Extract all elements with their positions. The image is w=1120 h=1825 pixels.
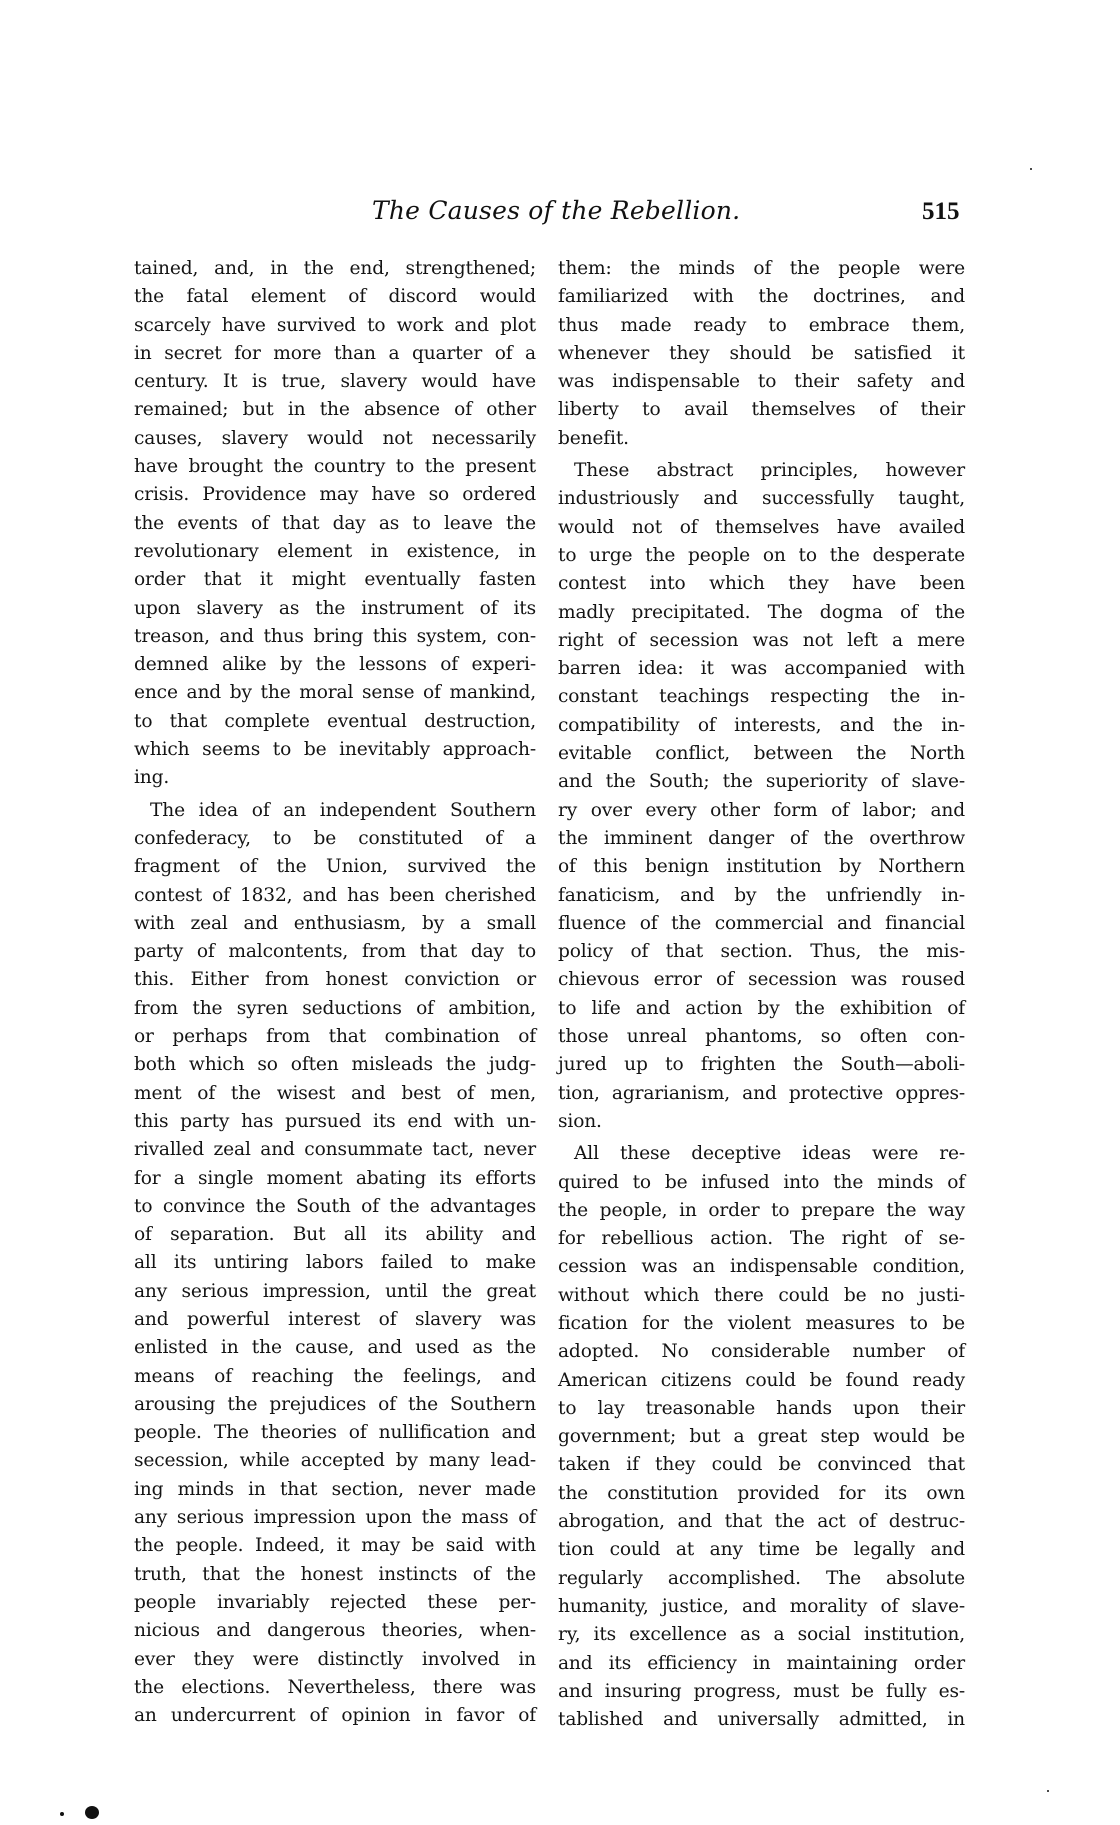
text-line: them: the minds of the people were — [558, 255, 965, 283]
text-line: those unreal phantoms, so often con- — [558, 1023, 965, 1051]
text-line: tion, agrarianism, and protective oppres… — [558, 1080, 965, 1108]
text-line: madly precipitated. The dogma of the — [558, 599, 965, 627]
text-line: thus made ready to embrace them, — [558, 312, 965, 340]
text-line: and insuring progress, must be fully es- — [558, 1678, 965, 1706]
text-line: nicious and dangerous theories, when- — [134, 1617, 536, 1645]
text-line: regularly accomplished. The absolute — [558, 1565, 965, 1593]
text-line: sion. — [558, 1108, 965, 1136]
text-line: both which so often misleads the judg- — [134, 1051, 536, 1079]
text-line: and the South; the superiority of slave- — [558, 768, 965, 796]
text-line: confederacy, to be constituted of a — [134, 825, 536, 853]
text-line: treason, and thus bring this system, con… — [134, 623, 536, 651]
ink-blot — [85, 1806, 99, 1819]
text-line: the people. Indeed, it may be said with — [134, 1532, 536, 1560]
text-line: was indispensable to their safety and — [558, 368, 965, 396]
text-line: ry over every other form of labor; and — [558, 797, 965, 825]
text-line: benefit. — [558, 425, 965, 453]
left-column: tained, and, in the end, strengthened;th… — [134, 255, 536, 1730]
text-line: would not of themselves have availed — [558, 514, 965, 542]
text-line: and its efficiency in maintaining order — [558, 1650, 965, 1678]
text-line: All these deceptive ideas were re- — [558, 1140, 965, 1168]
text-line: ence and by the moral sense of mankind, — [134, 679, 536, 707]
text-line: to life and action by the exhibition of — [558, 995, 965, 1023]
text-line: ment of the wisest and best of men, — [134, 1080, 536, 1108]
text-line: people invariably rejected these per- — [134, 1589, 536, 1617]
text-line: whenever they should be satisfied it — [558, 340, 965, 368]
text-line: this party has pursued its end with un- — [134, 1108, 536, 1136]
text-line: this. Either from honest conviction or — [134, 966, 536, 994]
text-line: and powerful interest of slavery was — [134, 1306, 536, 1334]
text-line: chievous error of secession was roused — [558, 966, 965, 994]
text-line: demned alike by the lessons of experi- — [134, 651, 536, 679]
text-line: government; but a great step would be — [558, 1423, 965, 1451]
text-line: ever they were distinctly involved in — [134, 1646, 536, 1674]
text-line: the elections. Nevertheless, there was — [134, 1674, 536, 1702]
text-line: quired to be infused into the minds of — [558, 1169, 965, 1197]
text-line: causes, slavery would not necessarily — [134, 425, 536, 453]
text-line: These abstract principles, however — [558, 457, 965, 485]
text-line: party of malcontents, from that day to — [134, 938, 536, 966]
text-line: or perhaps from that combination of — [134, 1023, 536, 1051]
text-line: jured up to frighten the South—aboli- — [558, 1051, 965, 1079]
text-line: upon slavery as the instrument of its — [134, 595, 536, 623]
text-line: fragment of the Union, survived the — [134, 853, 536, 881]
text-line: to convince the South of the advantages — [134, 1193, 536, 1221]
text-line: The idea of an independent Southern — [134, 797, 536, 825]
text-line: scarcely have survived to work and plot — [134, 312, 536, 340]
paragraph: them: the minds of the people werefamili… — [558, 255, 965, 453]
text-line: arousing the prejudices of the Southern — [134, 1391, 536, 1419]
text-line: which seems to be inevitably approach- — [134, 736, 536, 764]
page-number: 515 — [922, 198, 960, 226]
paragraph: The idea of an independent Southernconfe… — [134, 797, 536, 1731]
text-line: contest of 1832, and has been cherished — [134, 882, 536, 910]
text-line: humanity, justice, and morality of slave… — [558, 1593, 965, 1621]
text-line: adopted. No considerable number of — [558, 1338, 965, 1366]
text-line: with zeal and enthusiasm, by a small — [134, 910, 536, 938]
text-line: century. It is true, slavery would have — [134, 368, 536, 396]
text-line: evitable conflict, between the North — [558, 740, 965, 768]
text-line: to that complete eventual destruction, — [134, 708, 536, 736]
text-line: ing. — [134, 764, 536, 792]
text-line: ing minds in that section, never made — [134, 1476, 536, 1504]
paragraph: These abstract principles, howeverindust… — [558, 457, 965, 1136]
text-line: means of reaching the feelings, and — [134, 1363, 536, 1391]
text-line: fication for the violent measures to be — [558, 1310, 965, 1338]
text-line: in secret for more than a quarter of a — [134, 340, 536, 368]
text-line: secession, while accepted by many lead- — [134, 1447, 536, 1475]
text-line: American citizens could be found ready — [558, 1367, 965, 1395]
text-line: liberty to avail themselves of their — [558, 396, 965, 424]
text-line: the people, in order to prepare the way — [558, 1197, 965, 1225]
text-line: enlisted in the cause, and used as the — [134, 1334, 536, 1362]
text-line: fluence of the commercial and financial — [558, 910, 965, 938]
text-line: revolutionary element in existence, in — [134, 538, 536, 566]
text-line: from the syren seductions of ambition, — [134, 995, 536, 1023]
paragraph: tained, and, in the end, strengthened;th… — [134, 255, 536, 793]
text-line: any serious impression upon the mass of — [134, 1504, 536, 1532]
text-line: the imminent danger of the overthrow — [558, 825, 965, 853]
text-line: to urge the people on to the desperate — [558, 542, 965, 570]
ink-speck — [60, 1812, 64, 1816]
text-line: cession was an indispensable condition, — [558, 1253, 965, 1281]
text-line: tablished and universally admitted, in — [558, 1706, 965, 1734]
text-line: of this benign institution by Northern — [558, 853, 965, 881]
text-line: taken if they could be convinced that — [558, 1451, 965, 1479]
text-line: the constitution provided for its own — [558, 1480, 965, 1508]
text-line: truth, that the honest instincts of the — [134, 1561, 536, 1589]
text-line: an undercurrent of opinion in favor of — [134, 1702, 536, 1730]
text-line: order that it might eventually fasten — [134, 566, 536, 594]
text-line: rivalled zeal and consummate tact, never — [134, 1136, 536, 1164]
text-line: the fatal element of discord would — [134, 283, 536, 311]
text-line: any serious impression, until the great — [134, 1278, 536, 1306]
text-line: tion could at any time be legally and — [558, 1536, 965, 1564]
text-line: people. The theories of nullification an… — [134, 1419, 536, 1447]
text-line: for rebellious action. The right of se- — [558, 1225, 965, 1253]
ink-speck — [1047, 1790, 1049, 1792]
text-line: without which there could be no justi- — [558, 1282, 965, 1310]
text-line: tained, and, in the end, strengthened; — [134, 255, 536, 283]
text-line: ry, its excellence as a social instituti… — [558, 1621, 965, 1649]
text-line: policy of that section. Thus, the mis- — [558, 938, 965, 966]
book-page: The Causes of the Rebellion. 515 tained,… — [0, 0, 1120, 1825]
ink-speck — [1030, 168, 1032, 170]
text-line: constant teachings respecting the in- — [558, 683, 965, 711]
text-line: all its untiring labors failed to make — [134, 1249, 536, 1277]
text-line: for a single moment abating its efforts — [134, 1165, 536, 1193]
text-line: right of secession was not left a mere — [558, 627, 965, 655]
text-line: contest into which they have been — [558, 570, 965, 598]
text-line: of separation. But all its ability and — [134, 1221, 536, 1249]
text-line: remained; but in the absence of other — [134, 396, 536, 424]
text-line: barren idea: it was accompanied with — [558, 655, 965, 683]
text-line: fanaticism, and by the unfriendly in- — [558, 882, 965, 910]
text-line: the events of that day as to leave the — [134, 510, 536, 538]
right-column: them: the minds of the people werefamili… — [558, 255, 965, 1734]
text-line: compatibility of interests, and the in- — [558, 712, 965, 740]
text-line: have brought the country to the present — [134, 453, 536, 481]
running-head: The Causes of the Rebellion. — [372, 196, 740, 225]
text-line: industriously and successfully taught, — [558, 485, 965, 513]
text-line: to lay treasonable hands upon their — [558, 1395, 965, 1423]
paragraph: All these deceptive ideas were re-quired… — [558, 1140, 965, 1734]
text-line: familiarized with the doctrines, and — [558, 283, 965, 311]
text-line: crisis. Providence may have so ordered — [134, 481, 536, 509]
text-line: abrogation, and that the act of destruc- — [558, 1508, 965, 1536]
